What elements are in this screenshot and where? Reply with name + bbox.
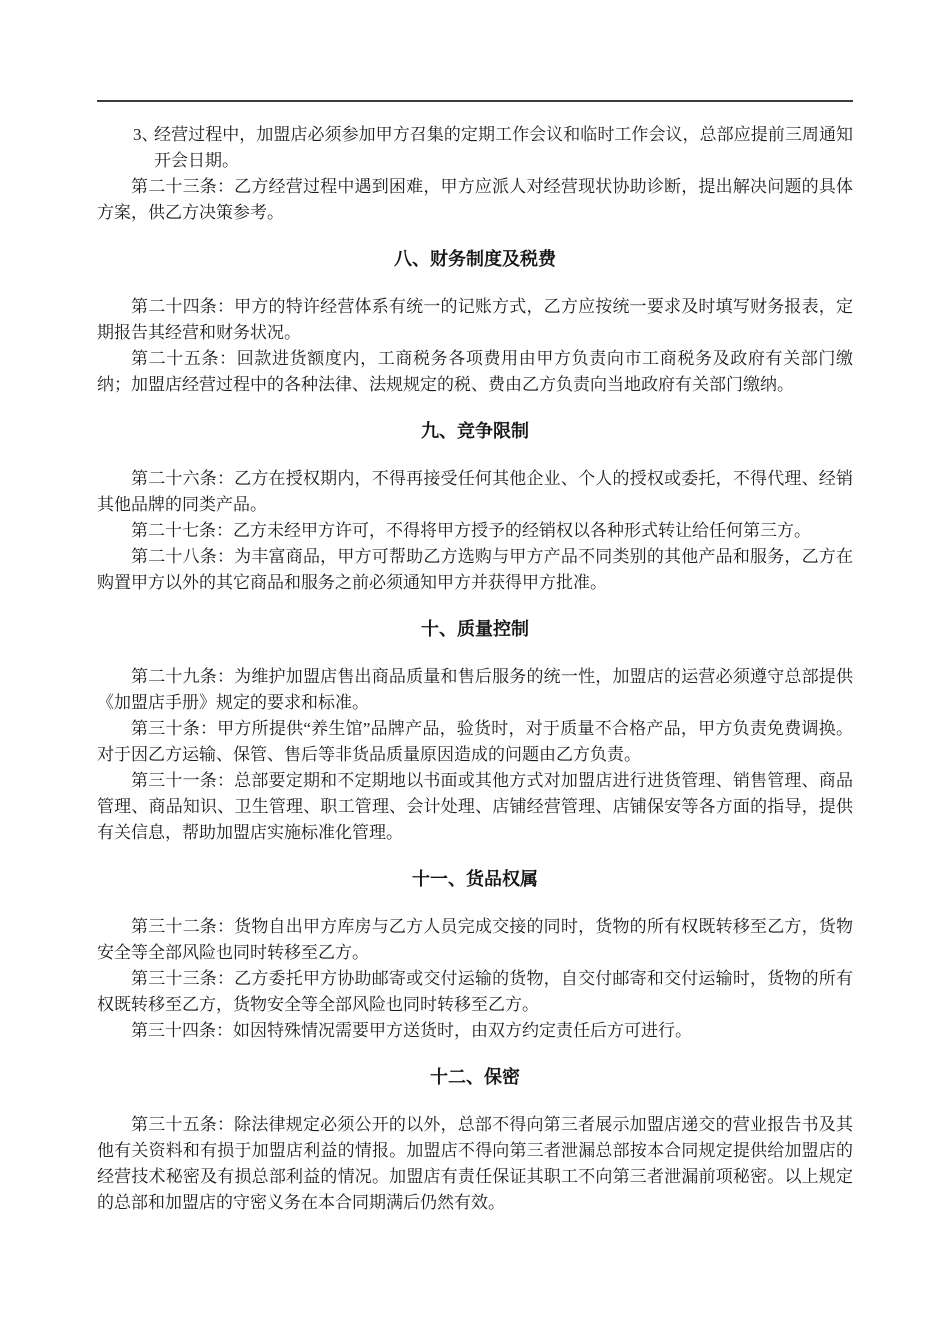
document-body: 3、 经营过程中，加盟店必须参加甲方召集的定期工作会议和临时工作会议，总部应提前… [97,122,853,1216]
contract-clause: 第二十九条：为维护加盟店售出商品质量和售后服务的统一性，加盟店的运营必须遵守总部… [97,664,853,716]
section-heading: 九、竞争限制 [97,418,853,444]
contract-clause: 第二十五条：回款进货额度内，工商税务各项费用由甲方负责向市工商税务及政府有关部门… [97,346,853,398]
contract-clause: 第二十四条：甲方的特许经营体系有统一的记账方式，乙方应按统一要求及时填写财务报表… [97,294,853,346]
contract-clause: 第二十八条：为丰富商品，甲方可帮助乙方选购与甲方产品不同类别的其他产品和服务，乙… [97,544,853,596]
section-heading: 十、质量控制 [97,616,853,642]
list-item-text: 经营过程中，加盟店必须参加甲方召集的定期工作会议和临时工作会议，总部应提前三周通… [154,125,853,170]
contract-clause: 第三十条：甲方所提供“养生馆”品牌产品，验货时，对于质量不合格产品，甲方负责免费… [97,716,853,768]
contract-clause: 第三十三条：乙方委托甲方协助邮寄或交付运输的货物，自交付邮寄和交付运输时，货物的… [97,966,853,1018]
contract-clause: 第二十三条：乙方经营过程中遇到困难，甲方应派人对经营现状协助诊断，提出解决问题的… [97,174,853,226]
section-heading: 八、财务制度及税费 [97,246,853,272]
contract-clause: 第三十四条：如因特殊情况需要甲方送货时，由双方约定责任后方可进行。 [97,1018,853,1044]
section-heading: 十二、保密 [97,1064,853,1090]
contract-clause: 第二十六条：乙方在授权期内，不得再接受任何其他企业、个人的授权或委托，不得代理、… [97,466,853,518]
document-page: 3、 经营过程中，加盟店必须参加甲方召集的定期工作会议和临时工作会议，总部应提前… [0,0,950,1344]
contract-clause: 第三十五条：除法律规定必须公开的以外，总部不得向第三者展示加盟店递交的营业报告书… [97,1112,853,1216]
contract-clause: 第三十一条：总部要定期和不定期地以书面或其他方式对加盟店进行进货管理、销售管理、… [97,768,853,846]
list-item: 3、 经营过程中，加盟店必须参加甲方召集的定期工作会议和临时工作会议，总部应提前… [97,122,853,174]
section-heading: 十一、货品权属 [97,866,853,892]
header-rule [97,100,853,102]
contract-clause: 第二十七条：乙方未经甲方许可，不得将甲方授予的经销权以各种形式转让给任何第三方。 [97,518,853,544]
contract-clause: 第三十二条：货物自出甲方库房与乙方人员完成交接的同时，货物的所有权既转移至乙方，… [97,914,853,966]
